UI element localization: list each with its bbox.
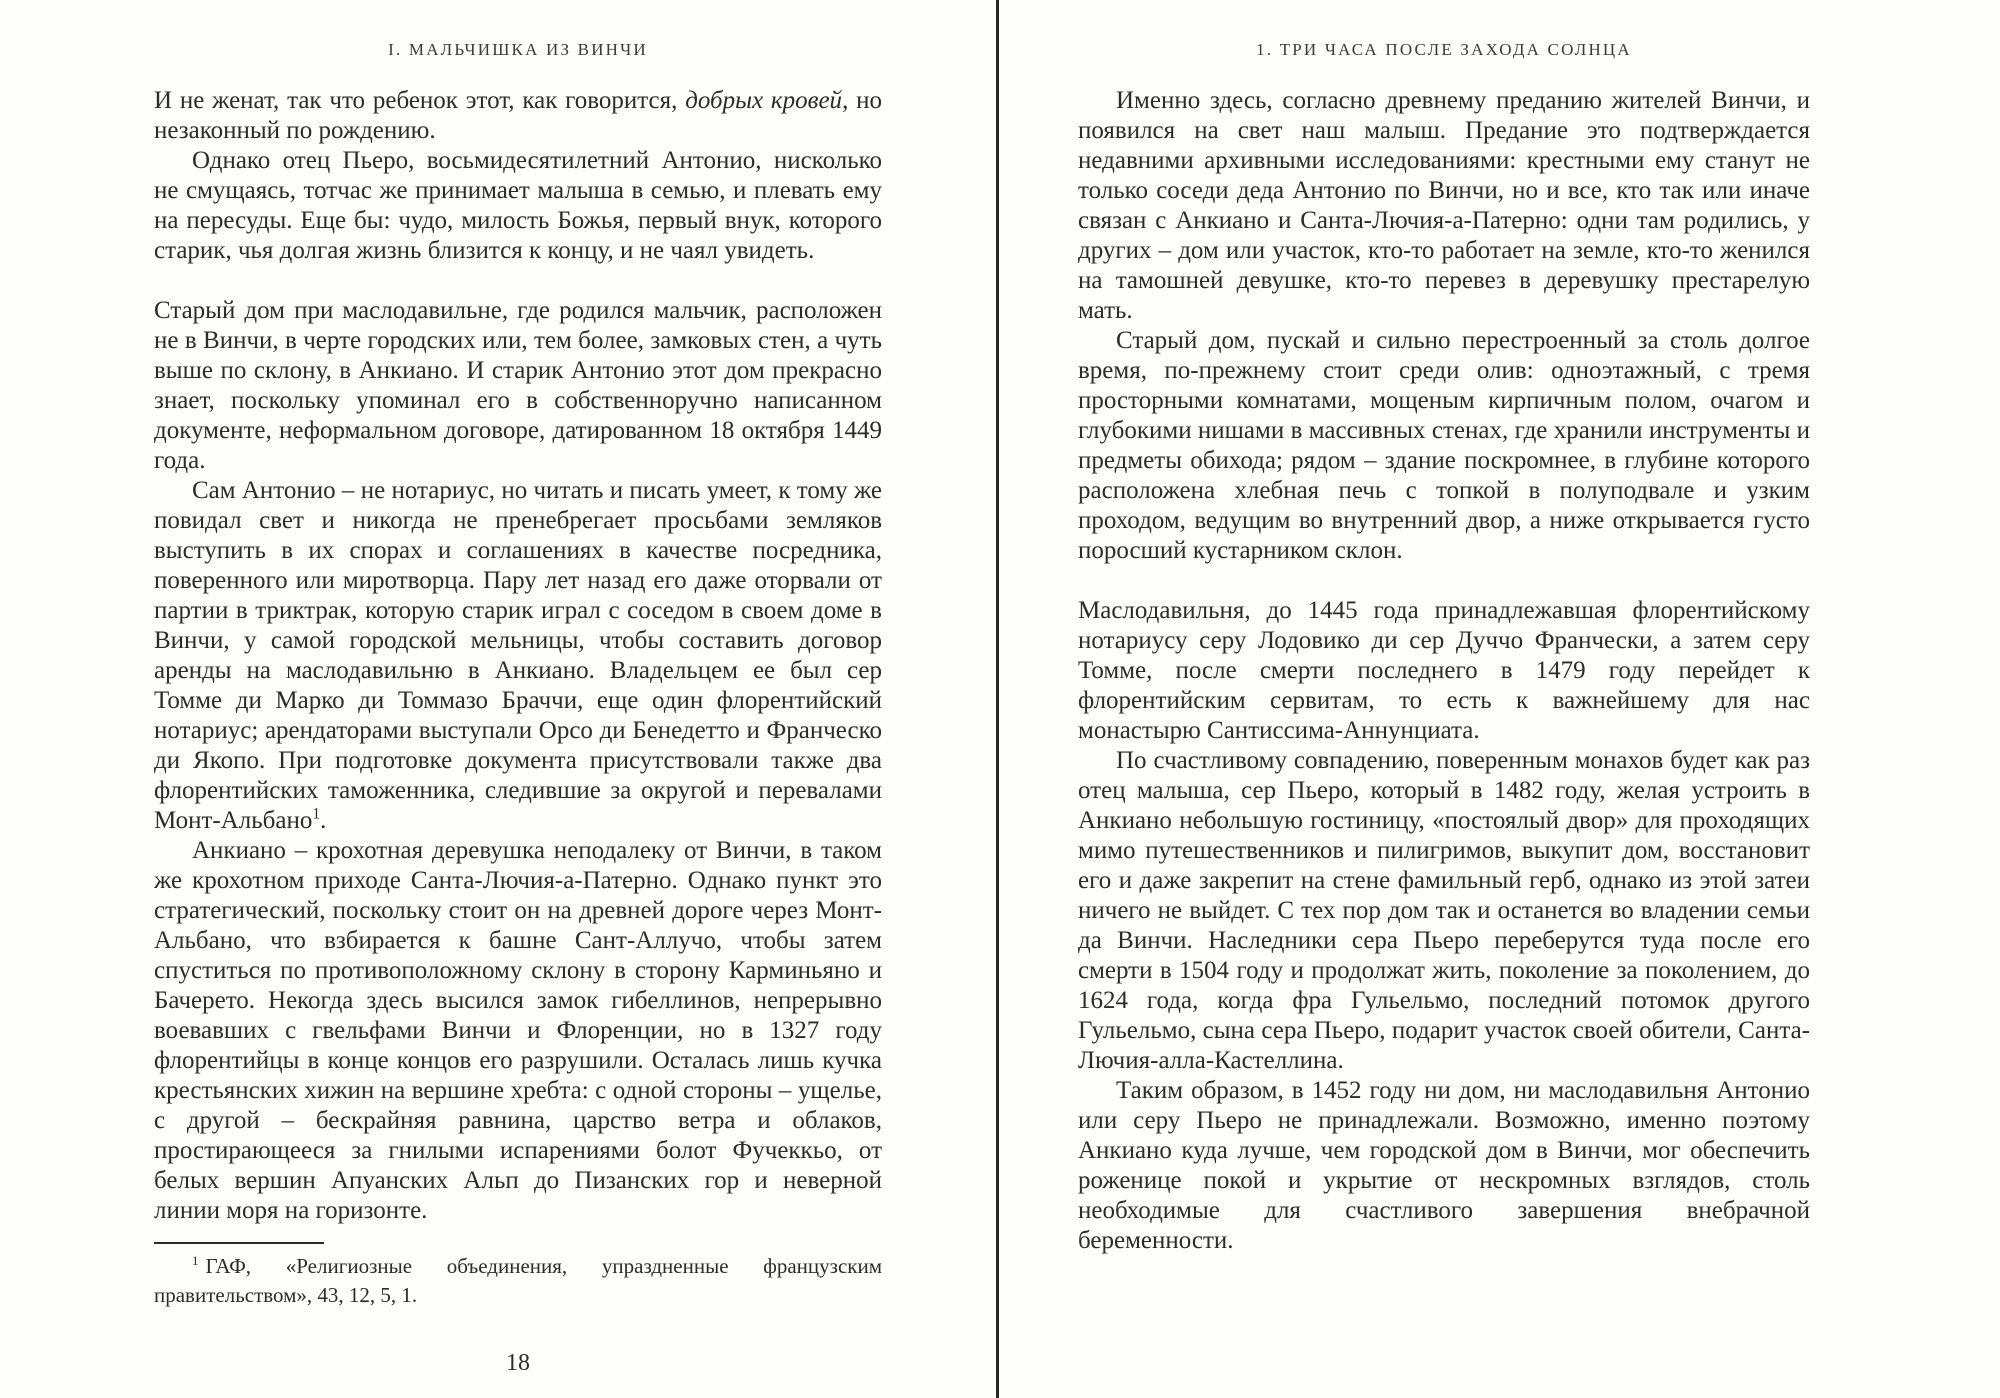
text-segment: По счастливому совпадению, поверенным мо…	[1078, 747, 1810, 1074]
text-segment: Именно здесь, согласно древнему преданию…	[1078, 87, 1810, 324]
paragraph: Именно здесь, согласно древнему преданию…	[1078, 86, 1810, 326]
text-segment: Сам Антонио – не нотариус, но читать и п…	[154, 477, 882, 834]
right-page: 1. ТРИ ЧАСА ПОСЛЕ ЗАХОДА СОЛНЦА Именно з…	[1078, 40, 1810, 1256]
left-text-block: И не женат, так что ребенок этот, как го…	[154, 86, 882, 1226]
footnote-rule	[154, 1242, 324, 1244]
right-running-head: 1. ТРИ ЧАСА ПОСЛЕ ЗАХОДА СОЛНЦА	[1078, 40, 1810, 60]
text-segment: .	[320, 807, 326, 834]
text-segment: И не женат, так что ребенок этот, как го…	[154, 87, 685, 114]
text-segment: Старый дом при маслодавильне, где родилс…	[154, 297, 882, 474]
text-segment: Однако отец Пьеро, восьмидесятилетний Ан…	[154, 147, 882, 264]
paragraph: Сам Антонио – не нотариус, но читать и п…	[154, 476, 882, 836]
paragraph: Однако отец Пьеро, восьмидесятилетний Ан…	[154, 146, 882, 266]
text-segment: Таким образом, в 1452 году ни дом, ни ма…	[1078, 1077, 1810, 1254]
text-segment: Анкиано – крохотная деревушка неподалеку…	[154, 837, 882, 1224]
paragraph: Анкиано – крохотная деревушка неподалеку…	[154, 836, 882, 1226]
paragraph: Маслодавильня, до 1445 года принадлежавш…	[1078, 596, 1810, 746]
footnote-marker: 1	[192, 1253, 199, 1268]
text-segment: Старый дом, пускай и сильно перестроенны…	[1078, 327, 1810, 564]
footnote-block: 1ГАФ, «Религиозные объединения, упраздне…	[154, 1242, 882, 1310]
paragraph: Старый дом, пускай и сильно перестроенны…	[1078, 326, 1810, 566]
paragraph: Старый дом при маслодавильне, где родилс…	[154, 296, 882, 476]
paragraph: По счастливому совпадению, поверенным мо…	[1078, 746, 1810, 1076]
paragraph: Таким образом, в 1452 году ни дом, ни ма…	[1078, 1076, 1810, 1256]
left-running-head: I. МАЛЬЧИШКА ИЗ ВИНЧИ	[154, 40, 882, 60]
right-text-block: Именно здесь, согласно древнему преданию…	[1078, 86, 1810, 1256]
footnote-reference-marker: 1	[312, 806, 320, 823]
left-page: I. МАЛЬЧИШКА ИЗ ВИНЧИ И не женат, так чт…	[154, 40, 882, 1377]
page-number: 18	[154, 1350, 882, 1377]
page-gutter-divider	[996, 0, 999, 1398]
paragraph: И не женат, так что ребенок этот, как го…	[154, 86, 882, 146]
text-segment: Маслодавильня, до 1445 года принадлежавш…	[1078, 597, 1810, 744]
footnote: 1ГАФ, «Религиозные объединения, упраздне…	[154, 1252, 882, 1310]
text-segment: добрых кровей	[685, 87, 842, 114]
footnote-text: ГАФ, «Религиозные объединения, упразднен…	[154, 1254, 882, 1307]
